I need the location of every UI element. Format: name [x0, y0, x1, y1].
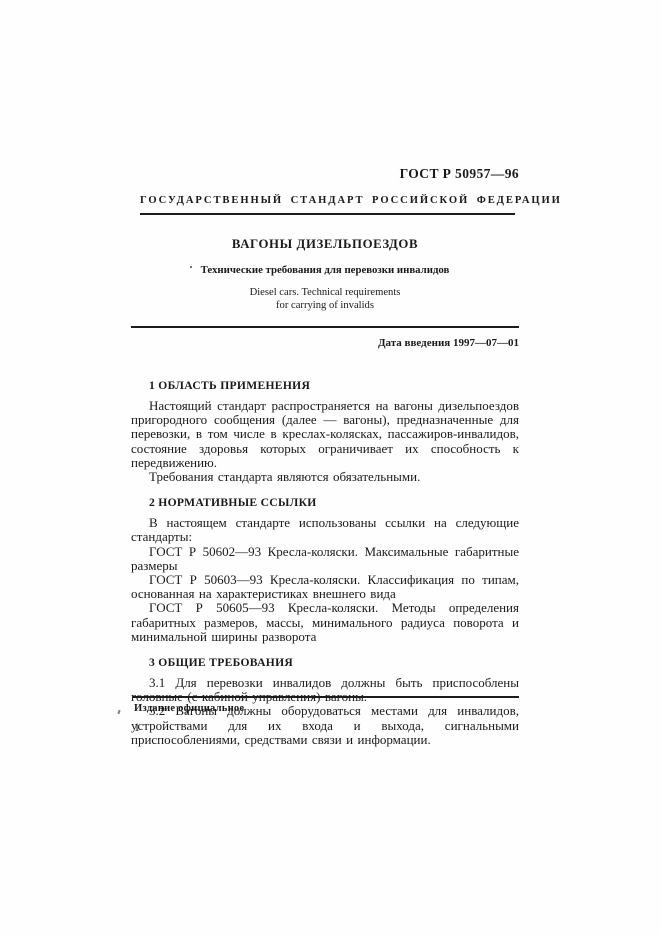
section-3-heading: 3 ОБЩИЕ ТРЕБОВАНИЯ — [149, 656, 519, 670]
section-2-paragraph: ГОСТ Р 50605—93 Кресла-коляски. Методы о… — [131, 601, 519, 644]
section-2-paragraph: ГОСТ Р 50603—93 Кресла-коляски. Классифи… — [131, 573, 519, 601]
scan-speck — [190, 266, 192, 268]
footer-rule — [133, 696, 519, 698]
scanned-document-page: { "colors": { "paper": "#fefefe", "ink":… — [0, 0, 661, 935]
document-subtitle-en-line2: for carrying of invalids — [131, 299, 519, 312]
page-footer: Издание официальное 1 — [131, 696, 519, 734]
document-title: ВАГОНЫ ДИЗЕЛЬПОЕЗДОВ — [131, 237, 519, 252]
doc-number: ГОСТ Р 50957—96 — [131, 166, 519, 181]
section-1-paragraph: Настоящий стандарт распространяется на в… — [131, 399, 519, 470]
document-subtitle-en: Diesel cars. Technical requirements for … — [131, 286, 519, 312]
document-subtitle-en-line1: Diesel cars. Technical requirements — [131, 286, 519, 299]
title-separator-rule — [131, 326, 519, 328]
section-2-paragraph: В настоящем стандарте использованы ссылк… — [131, 516, 519, 544]
section-2-heading: 2 НОРМАТИВНЫЕ ССЫЛКИ — [149, 496, 519, 510]
page-content-column: ГОСТ Р 50957—96 ГОСУДАРСТВЕННЫЙ СТАНДАРТ… — [131, 166, 519, 747]
edition-note: Издание официальное — [134, 703, 519, 715]
section-1-heading: 1 ОБЛАСТЬ ПРИМЕНЕНИЯ — [149, 379, 519, 393]
page-number: 1 — [134, 722, 519, 734]
effective-date: Дата введения 1997—07—01 — [131, 337, 519, 350]
section-2-paragraph: ГОСТ Р 50602—93 Кресла-коляски. Максимал… — [131, 545, 519, 573]
state-standard-header: ГОСУДАРСТВЕННЫЙ СТАНДАРТ РОССИЙСКОЙ ФЕДЕ… — [140, 194, 515, 215]
scan-speck — [117, 710, 120, 714]
section-1-paragraph: Требования стандарта являются обязательн… — [131, 470, 519, 484]
